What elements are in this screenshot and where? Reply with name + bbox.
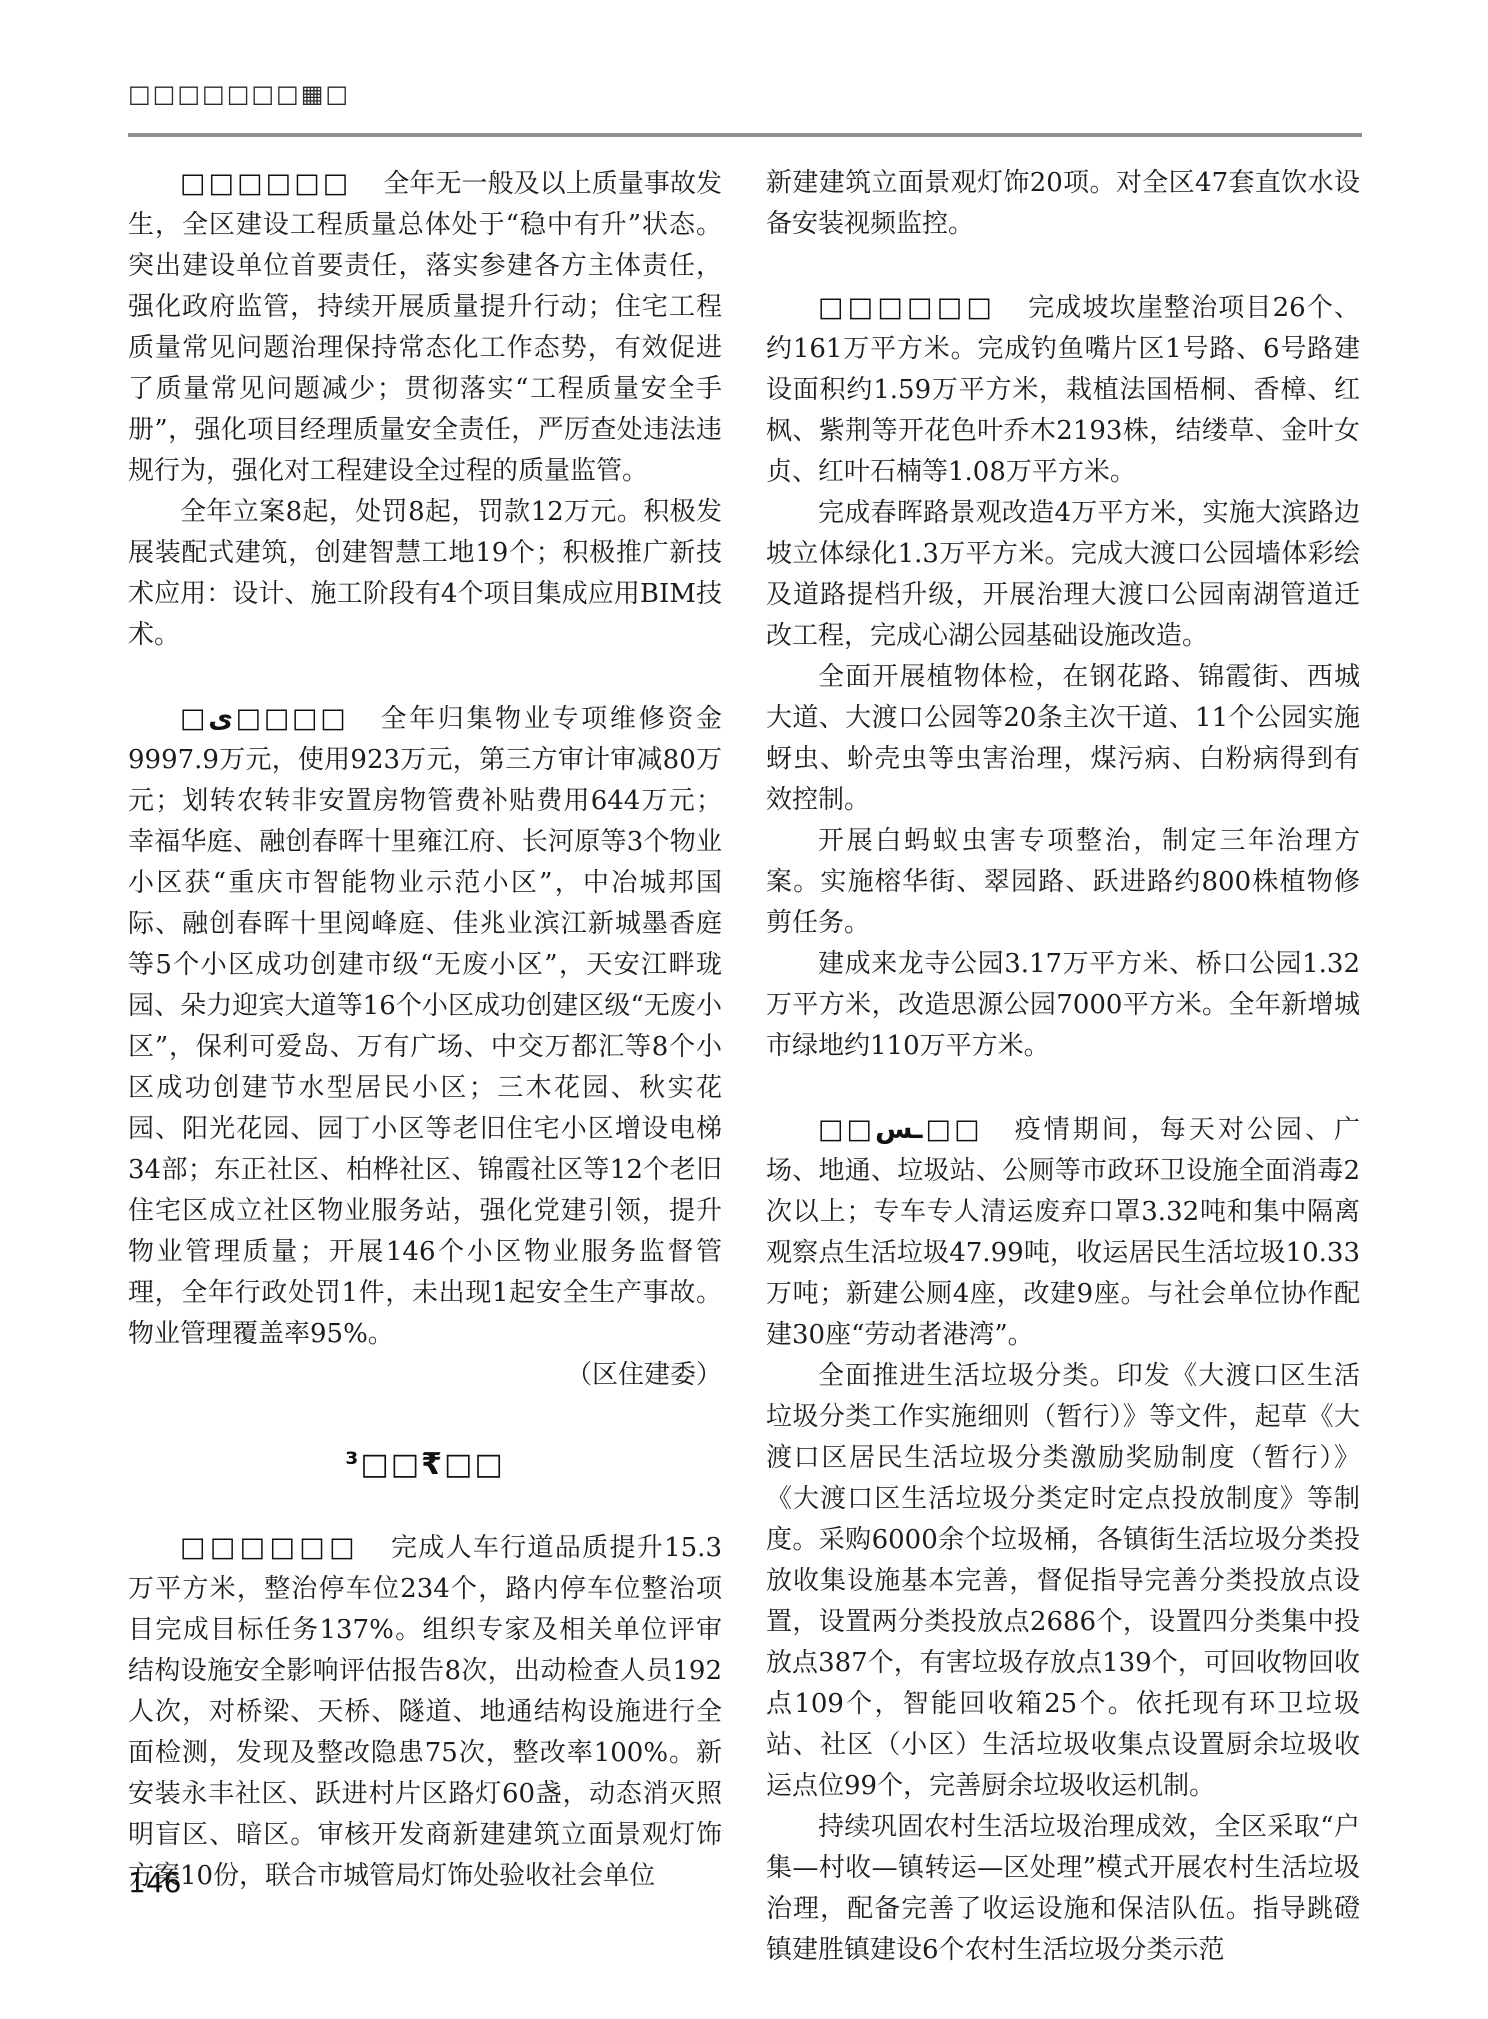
paragraph-text: 建成来龙寺公园3.17万平方米、桥口公园1.32万平方米，改造思源公园7000平… [766, 949, 1360, 1061]
paragraph-text: 全年无一般及以上质量事故发生，全区建设工程质量总体处于“稳中有升”状态。突出建设… [128, 169, 722, 486]
section-quality-supervision: □□□□□□全年无一般及以上质量事故发生，全区建设工程质量总体处于“稳中有升”状… [128, 163, 722, 656]
body-paragraph: □□ـس□□疫情期间，每天对公园、广场、地通、垃圾站、公厕等市政环卫设施全面消毒… [766, 1109, 1360, 1356]
paragraph-text: 完成人车行道品质提升15.3万平方米，整治停车位234个，路内停车位整治项目完成… [128, 1533, 722, 1891]
section-label: □□□□□□ [818, 292, 996, 323]
body-paragraph: 新建建筑立面景观灯饰20项。对全区47套直饮水设备安装视频监控。 [766, 163, 1360, 245]
section-property-management: □ى□□□□全年归集物业专项维修资金9997.9万元，使用923万元，第三方审计… [128, 698, 722, 1396]
body-paragraph: 持续巩固农村生活垃圾治理成效，全区采取“户集—村收—镇转运—区处理”模式开展农村… [766, 1807, 1360, 1971]
section-municipal-facilities: □□□□□□完成人车行道品质提升15.3万平方米，整治停车位234个，路内停车位… [128, 1527, 722, 1897]
paragraph-text: 疫情期间，每天对公园、广场、地通、垃圾站、公厕等市政环卫设施全面消毒2次以上；专… [766, 1115, 1360, 1350]
body-paragraph: 全面推进生活垃圾分类。印发《大渡口区生活垃圾分类工作实施细则（暂行）》等文件，起… [766, 1356, 1360, 1807]
paragraph-text: 持续巩固农村生活垃圾治理成效，全区采取“户集—村收—镇转运—区处理”模式开展农村… [766, 1812, 1360, 1965]
paragraph-text: 新建建筑立面景观灯饰20项。对全区47套直饮水设备安装视频监控。 [766, 168, 1360, 239]
paragraph-text: 全年归集物业专项维修资金9997.9万元，使用923万元，第三方审计审减80万元… [128, 704, 722, 1349]
document-page: □□□□□□□▦□ □□□□□□全年无一般及以上质量事故发生，全区建设工程质量总… [0, 0, 1488, 2019]
section-heading: ³□□₹□□ [128, 1444, 722, 1485]
body-paragraph: □□□□□□完成坡坎崖整治项目26个、约161万平方米。完成钓鱼嘴片区1号路、6… [766, 287, 1360, 493]
body-paragraph: 全年立案8起，处罚8起，罚款12万元。积极发展装配式建筑，创建智慧工地19个；积… [128, 492, 722, 656]
left-column: □□□□□□全年无一般及以上质量事故发生，全区建设工程质量总体处于“稳中有升”状… [128, 163, 722, 1897]
right-column: 新建建筑立面景观灯饰20项。对全区47套直饮水设备安装视频监控。 □□□□□□完… [766, 163, 1360, 1971]
page-header-title: □□□□□□□▦□ [128, 80, 350, 108]
body-paragraph: □□□□□□完成人车行道品质提升15.3万平方米，整治停车位234个，路内停车位… [128, 1527, 722, 1897]
body-paragraph: □□□□□□全年无一般及以上质量事故发生，全区建设工程质量总体处于“稳中有升”状… [128, 163, 722, 492]
paragraph-text: 完成春晖路景观改造4万平方米，实施大滨路边坡立体绿化1.3万平方米。完成大渡口公… [766, 498, 1360, 651]
paragraph-text: 全面开展植物体检，在钢花路、锦霞街、西城大道、大渡口公园等20条主次干道、11个… [766, 662, 1360, 815]
section-label: □ى□□□□ [180, 703, 348, 734]
body-paragraph: 完成春晖路景观改造4万平方米，实施大滨路边坡立体绿化1.3万平方米。完成大渡口公… [766, 493, 1360, 657]
body-paragraph: 建成来龙寺公园3.17万平方米、桥口公园1.32万平方米，改造思源公园7000平… [766, 944, 1360, 1067]
body-paragraph: 全面开展植物体检，在钢花路、锦霞街、西城大道、大渡口公园等20条主次干道、11个… [766, 657, 1360, 821]
page-number: 146 [128, 1866, 181, 1899]
section-label: □□□□□□ [180, 1532, 359, 1563]
body-paragraph: 开展白蚂蚁虫害专项整治，制定三年治理方案。实施榕华街、翠园路、跃进路约800株植… [766, 821, 1360, 944]
section-label: □□□□□□ [180, 168, 351, 199]
paragraph-text: 全年立案8起，处罚8起，罚款12万元。积极发展装配式建筑，创建智慧工地19个；积… [128, 497, 722, 650]
section-continuation: 新建建筑立面景观灯饰20项。对全区47套直饮水设备安装视频监控。 [766, 163, 1360, 245]
section-sanitation: □□ـس□□疫情期间，每天对公园、广场、地通、垃圾站、公厕等市政环卫设施全面消毒… [766, 1109, 1360, 1971]
body-paragraph: □ى□□□□全年归集物业专项维修资金9997.9万元，使用923万元，第三方审计… [128, 698, 722, 1355]
attribution: （区住建委） [128, 1355, 722, 1396]
header-rule [128, 133, 1362, 137]
paragraph-text: 开展白蚂蚁虫害专项整治，制定三年治理方案。实施榕华街、翠园路、跃进路约800株植… [766, 826, 1360, 938]
paragraph-text: 全面推进生活垃圾分类。印发《大渡口区生活垃圾分类工作实施细则（暂行）》等文件，起… [766, 1361, 1360, 1801]
section-landscaping: □□□□□□完成坡坎崖整治项目26个、约161万平方米。完成钓鱼嘴片区1号路、6… [766, 287, 1360, 1067]
section-label: □□ـس□□ [818, 1114, 983, 1145]
